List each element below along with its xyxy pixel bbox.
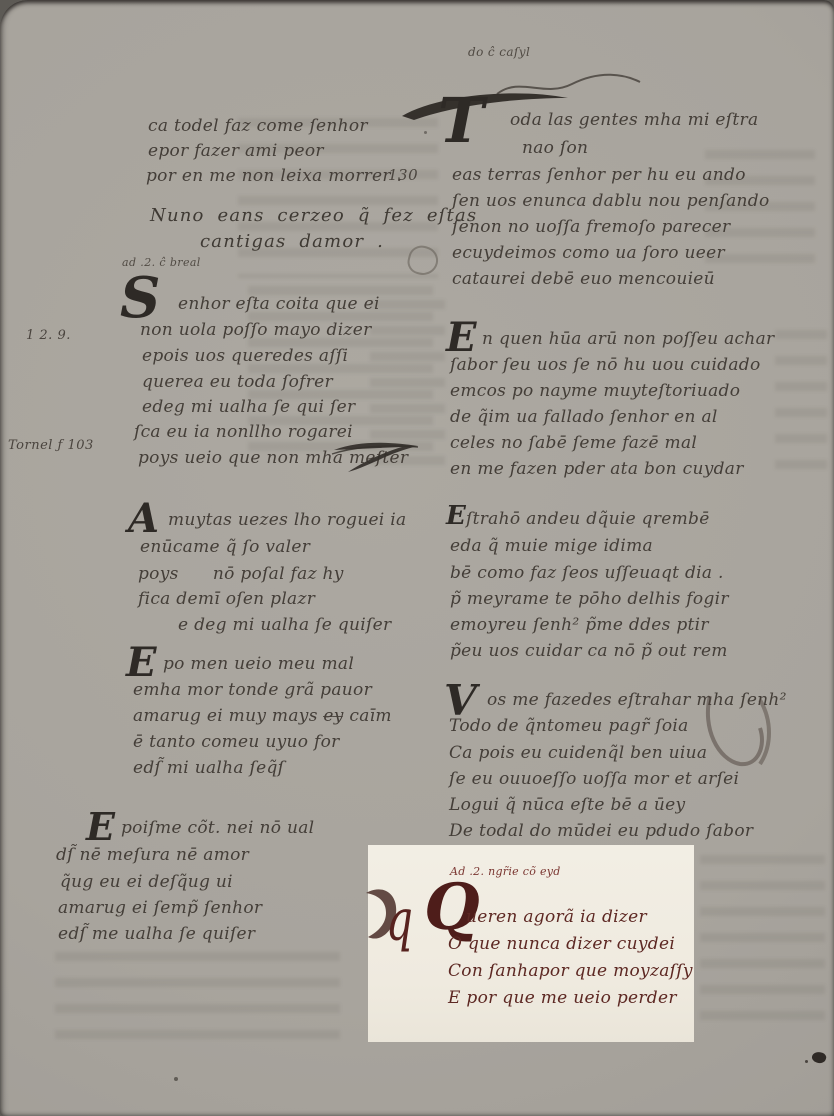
manuscript-line: epois uos queredes aſſi [142, 348, 348, 365]
ink-dot [174, 1077, 178, 1081]
manuscript-line: emoyreu ſenh² p̃me ddes ptir [450, 617, 709, 634]
attribution-rubric: Nuno eans cerzeo q̃ fez eſtas [150, 205, 477, 226]
manuscript-line: emcos po nayme muyteſtoriuado [450, 383, 740, 400]
illuminated-initial: S [120, 276, 160, 321]
manuscript-line: amarug ei muy mays e̶y̶ caīm [133, 708, 392, 725]
manuscript-line: epor fazer ami peor [148, 143, 324, 160]
manuscript-line: poys ueio que non mha meſter [138, 450, 408, 467]
manuscript-line: ſenon no uoſſa fremoſo parecer [452, 219, 730, 236]
manuscript-line: ueren agorã ia dizer [466, 907, 647, 927]
manuscript-line: ſabor ſeu uos ſe nō hu uou cuidado [450, 357, 761, 374]
manuscript-line: poys nō poſal faz hy [138, 566, 344, 583]
manuscript-line: por en me non leixa morrer . [146, 168, 402, 185]
manuscript-line: edeg mi ualha ſe qui ſer [142, 399, 355, 416]
manuscript-line: edſ̃ me ualha ſe quiſer [58, 926, 255, 943]
manuscript-line: en me fazen pder ata bon cuydar [450, 461, 744, 478]
bleedthrough-text [370, 300, 445, 465]
bleedthrough-text [775, 330, 827, 470]
margin-guide-letter: q [386, 887, 413, 953]
manuscript-line: n quen hūa arū non poſſeu achar [482, 331, 774, 348]
margin-number: 1 2. 9. [26, 328, 71, 343]
manuscript-line: poiſme cõt. nei nō ual [121, 820, 314, 837]
manuscript-line: fica demī oſen plazr [138, 591, 315, 608]
manuscript-line: ſen uos enunca dablu nou penſando [452, 193, 770, 210]
manuscript-line: dſ̃ nē meſura nē amor [56, 847, 249, 864]
line-number: 130 [388, 166, 418, 184]
bleedthrough-text [55, 952, 340, 1047]
illuminated-initial: V [444, 684, 477, 718]
manuscript-line: E por que me ueio perder [448, 988, 677, 1008]
manuscript-line: ca todel faz come ſenhor [148, 118, 368, 135]
illuminated-initial: T [438, 96, 484, 146]
manuscript-line: eda q̃ muie mige idima [450, 538, 653, 555]
illuminated-initial: A [128, 503, 159, 535]
manuscript-line: po men ueio meu mal [163, 656, 354, 673]
manuscript-line: ecuydeimos como ua ſoro ueer [452, 245, 725, 262]
manuscript-line: querea eu toda ſofrer [142, 374, 333, 391]
illuminated-initial: E [86, 812, 115, 842]
circle-doodle [405, 243, 441, 278]
manuscript-line: p̃eu uos cuidar ca nō p̃ out rem [450, 643, 728, 660]
bleedthrough-text [700, 855, 825, 1035]
manuscript-line: emha mor tonde grã pauor [133, 682, 372, 699]
illuminated-initial: E [446, 322, 477, 354]
manuscript-line: enhor eſta coita que ei [178, 296, 380, 313]
manuscript-line: Logui q̃ nūca eſte bē a ūey [449, 797, 685, 814]
margin-tornel-note: Tornel ƒ 103 [8, 438, 94, 453]
manuscript-line: de q̃im ua fallado ſenhor en al [450, 409, 718, 426]
manuscript-line: nao ſon [522, 140, 588, 157]
manuscript-line: ſca eu ia nonllho rogarei [134, 424, 353, 441]
manuscript-line: amarug ei ſemp̃ ſenhor [58, 900, 262, 917]
ink-dot [805, 1060, 808, 1063]
manuscript-line: edſ̃ mi ualha ſeq̃ſ [133, 760, 284, 777]
illuminated-initial: E [126, 647, 157, 679]
manuscript-line: ē tanto comeu uyuo for [133, 734, 340, 751]
attribution-rubric: cantigas damor . [200, 231, 384, 252]
manuscript-line: O que nunca dizer cuydei [448, 934, 675, 954]
manuscript-line: ſtrahō andeu dq̃uie qrembē [466, 511, 710, 528]
manuscript-line: ſe eu ouuoeſſo uoſſa mor et arſei [449, 771, 739, 788]
manuscript-line: De todal do mūdei eu pdudo ſabor [449, 823, 753, 840]
ink-blot [811, 1050, 828, 1065]
manuscript-line: bē como faz ſeos uſſeuaqt dia . [450, 565, 724, 582]
manuscript-line: Ca pois eu cuidenq̃l ben uiua [449, 745, 707, 762]
manuscript-line: non uola poſſo mayo dizer [140, 322, 372, 339]
manuscript-line: Con ſanhapor que moyzaſſy [448, 961, 693, 981]
pen-squiggle [492, 70, 647, 102]
manuscript-line: os me fazedes eſtrahar mha ſenh² [487, 692, 787, 709]
manuscript-line: muytas uezes lho roguei ia [168, 512, 406, 529]
folio-annotation: do ĉ caſyl [468, 45, 530, 59]
manuscript-line: enūcame q̃ ſo valer [140, 539, 310, 556]
illuminated-initial: E [446, 506, 466, 527]
manuscript-page: do ĉ caſyl ca todel faz come ſenhor epor… [0, 0, 834, 1116]
ink-dot [424, 131, 427, 134]
manuscript-line: oda las gentes mha mi eſtra [510, 112, 758, 129]
manuscript-line: Todo de q̃ntomeu pagr̃ ſoia [449, 718, 689, 735]
manuscript-line: q̃ug eu ei deſq̃ug ui [60, 874, 233, 891]
manuscript-line: e deg mi ualha ſe quiſer [178, 617, 391, 634]
manuscript-line: cataurei debē euo mencouieū [452, 271, 715, 288]
highlight-region: q Ad .2. ngr̃ie cõ eyd Q ueren agorã ia … [368, 845, 694, 1042]
manuscript-line: eas terras ſenhor per hu eu ando [452, 167, 746, 184]
manuscript-line: celes no ſabē ſeme fazē mal [450, 435, 697, 452]
manuscript-line: p̃ meyrame te pōho delhis fogir [450, 591, 729, 608]
